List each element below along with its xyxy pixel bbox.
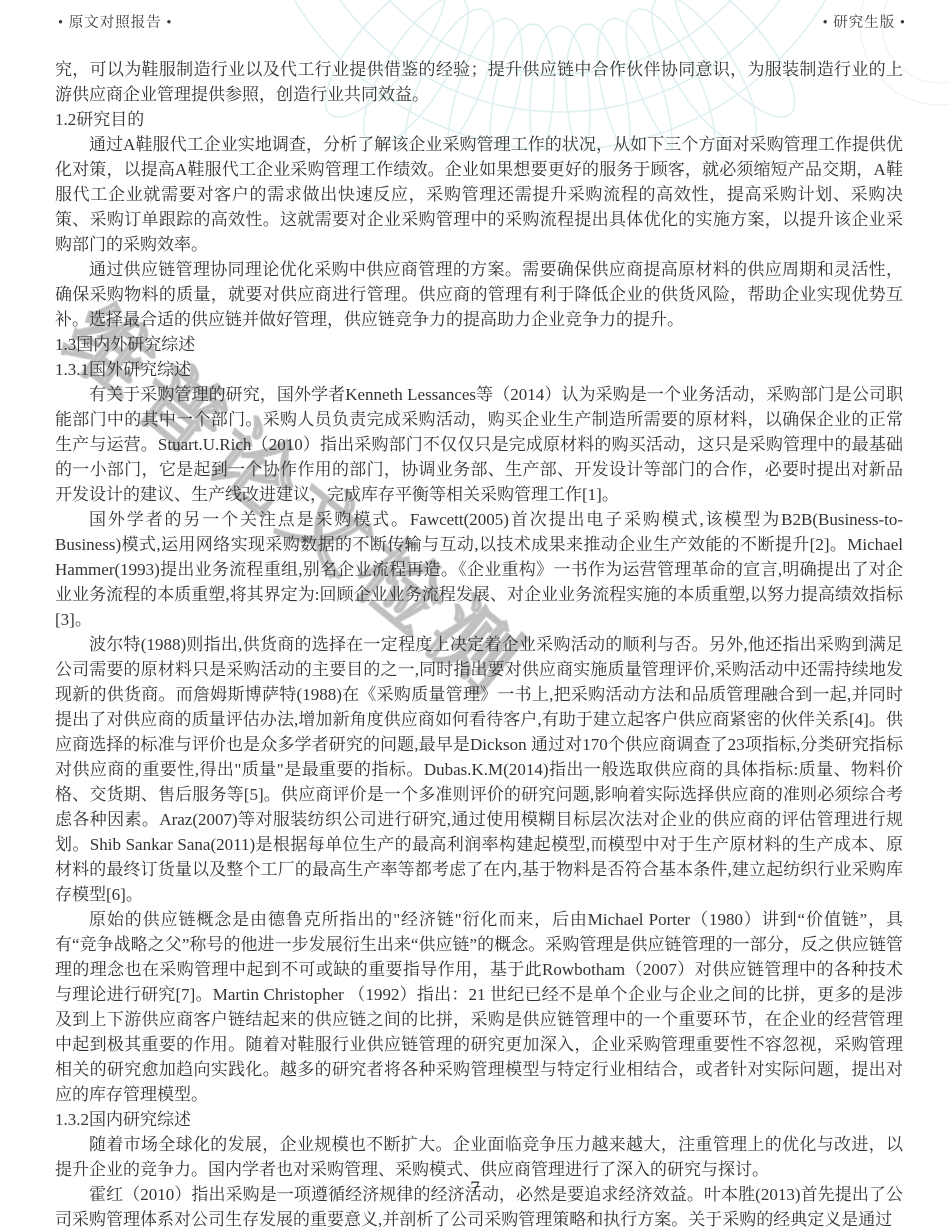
paragraph: 原始的供应链概念是由德鲁克所指出的"经济链"衍化而来，后由Michael Por… (55, 907, 903, 1107)
page-header: • 原文对照报告 • • 研究生版 • (58, 11, 906, 32)
section-heading: 1.3国内外研究综述 (55, 332, 903, 357)
header-report-type-label: • 原文对照报告 • (58, 11, 172, 32)
paragraph: 有关于采购管理的研究，国外学者Kenneth Lessances等（2014）认… (55, 382, 903, 507)
paragraph: 国外学者的另一个关注点是采购模式。Fawcett(2005)首次提出电子采购模式… (55, 507, 903, 632)
section-heading: 1.3.2国内研究综述 (55, 1107, 903, 1132)
paragraph: 通过A鞋服代工企业实地调查，分析了解该企业采购管理工作的状况，从如下三个方面对采… (55, 132, 903, 257)
report-page: • 原文对照报告 • • 研究生版 • 维普论文检测 究，可以为鞋服制造行业以及… (0, 0, 950, 1230)
paragraph: 随着市场全球化的发展，企业规模也不断扩大。企业面临竞争压力越来越大，注重管理上的… (55, 1132, 903, 1182)
paragraph: 究，可以为鞋服制造行业以及代工行业提供借鉴的经验；提升供应链中合作伙伴协同意识，… (55, 57, 903, 107)
section-heading: 1.2研究目的 (55, 107, 903, 132)
section-heading: 1.3.1国外研究综述 (55, 357, 903, 382)
paragraph: 波尔特(1988)则指出,供货商的选择在一定程度上决定着企业采购活动的顺利与否。… (55, 632, 903, 907)
header-edition-label: • 研究生版 • (823, 11, 906, 32)
document-body: 究，可以为鞋服制造行业以及代工行业提供借鉴的经验；提升供应链中合作伙伴协同意识，… (55, 57, 903, 1230)
paragraph: 通过供应链管理协同理论优化采购中供应商管理的方案。需要确保供应商提高原材料的供应… (55, 257, 903, 332)
page-number: 7 (0, 1178, 950, 1200)
